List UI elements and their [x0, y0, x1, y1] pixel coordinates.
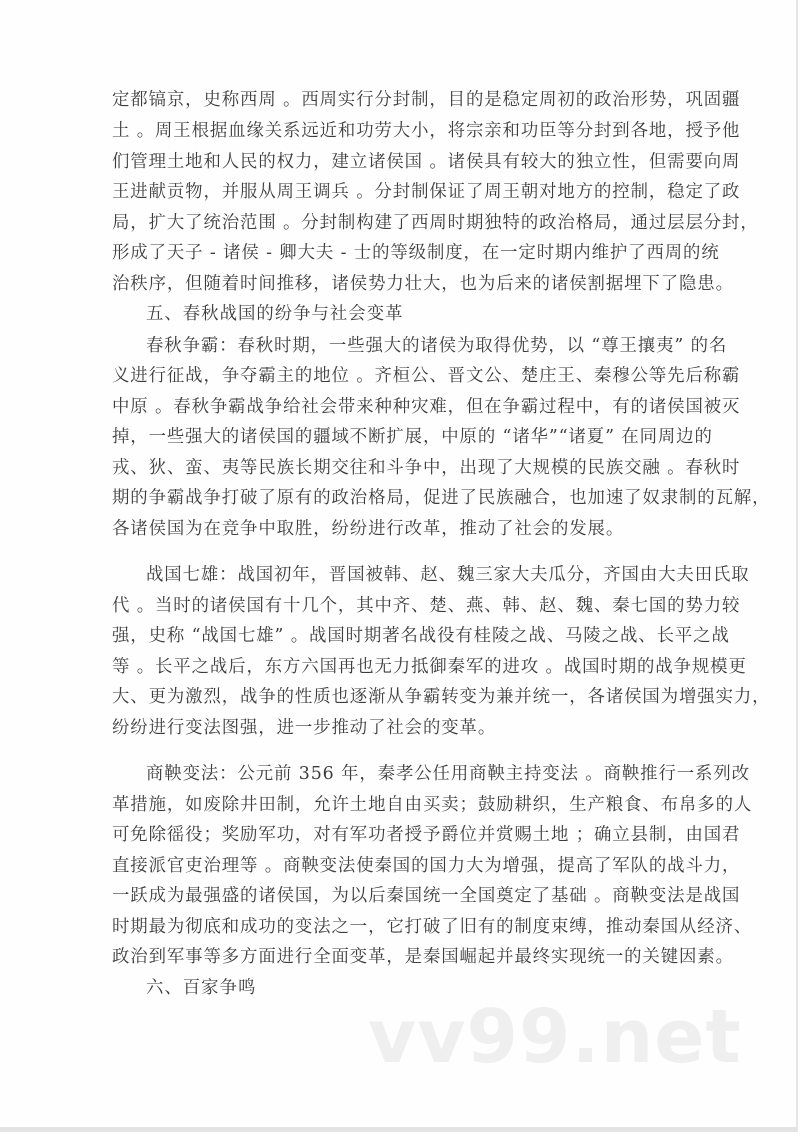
- text-line: 春秋争霸：春秋时期，一些强大的诸侯为取得优势，以 “尊王攘夷” 的名: [146, 334, 680, 358]
- text-line: 期的争霸战争打破了原有的政治格局，促进了民族融合，也加速了奴隶制的瓦解，: [112, 486, 680, 510]
- text-line: 定都镐京，史称西周 。西周实行分封制，目的是稳定周初的政治形势，巩固疆: [112, 88, 680, 112]
- text-line: 直接派官吏治理等 。商鞅变法使秦国的国力大为增强，提高了军队的战斗力，: [112, 854, 680, 878]
- text-line: 政治到军事等多方面进行全面变革，是秦国崛起并最终实现统一的关键因素。: [112, 945, 680, 969]
- text-line: 掉，一些强大的诸侯国的疆域不断扩展，中原的 “诸华”“诸夏” 在同周边的: [112, 425, 680, 449]
- text-line: 可免除徭役；奖励军功，对有军功者授予爵位并赏赐土地 ；确立县制，由国君: [112, 823, 680, 847]
- text-line: 纷纷进行变法图强，进一步推动了社会的变革。: [112, 716, 680, 740]
- text-line: 局，扩大了统治范围 。分封制构建了西周时期独特的政治格局，通过层层分封，: [112, 211, 680, 235]
- watermark: vv99.net: [368, 1000, 742, 1074]
- section-heading-5: 五、春秋战国的纷争与社会变革: [146, 302, 403, 326]
- text-line: 大、更为激烈，战争的性质也逐渐从争霸转变为兼并统一，各诸侯国为增强实力，: [112, 685, 680, 709]
- text-line: 战国七雄：战国初年，晋国被韩、赵、魏三家大夫瓜分，齐国由大夫田氏取: [146, 563, 680, 587]
- section-heading-6: 六、百家争鸣: [146, 976, 256, 1000]
- text-line: 时期最为彻底和成功的变法之一，它打破了旧有的制度束缚，推动秦国从经济、: [112, 915, 680, 939]
- text-line: 强，史称 “战国七雄” 。战国时期著名战役有桂陵之战、马陵之战、长平之战: [112, 624, 680, 648]
- text-line: 土 。周王根据血缘关系远近和功劳大小，将宗亲和功臣等分封到各地，授予他: [112, 119, 680, 143]
- text-line: 代 。当时的诸侯国有十几个，其中齐、楚、燕、韩、赵、魏、秦七国的势力较: [112, 594, 680, 618]
- text-line: 各诸侯国为在竞争中取胜，纷纷进行改革，推动了社会的发展。: [112, 517, 680, 541]
- text-line: 商鞅变法：公元前 356 年，秦孝公任用商鞅主持变法 。商鞅推行一系列改: [146, 762, 680, 786]
- text-line: 戎、狄、蛮、夷等民族长期交往和斗争中，出现了大规模的民族交融 。春秋时: [112, 456, 680, 480]
- text-line: 王进献贡物，并服从周王调兵 。分封制保证了周王朝对地方的控制，稳定了政: [112, 180, 680, 204]
- text-line: 们管理土地和人民的权力，建立诸侯国 。诸侯具有较大的独立性，但需要向周: [112, 150, 680, 174]
- text-line: 治秩序，但随着时间推移，诸侯势力壮大，也为后来的诸侯割据埋下了隐患。: [112, 272, 680, 296]
- document-page: 定都镐京，史称西周 。西周实行分封制，目的是稳定周初的政治形势，巩固疆 土 。周…: [0, 0, 798, 1132]
- text-line: 一跃成为最强盛的诸侯国，为以后秦国统一全国奠定了基础 。商鞅变法是战国: [112, 884, 680, 908]
- text-line: 形成了天子 - 诸侯 - 卿大夫 - 士的等级制度，在一定时期内维护了西周的统: [112, 241, 680, 265]
- text-line: 等 。长平之战后，东方六国再也无力抵御秦军的进攻 。战国时期的战争规模更: [112, 655, 680, 679]
- text-line: 革措施，如废除井田制，允许土地自由买卖；鼓励耕织，生产粮食、布帛多的人: [112, 793, 680, 817]
- text-line: 中原 。春秋争霸战争给社会带来种种灾难，但在争霸过程中，有的诸侯国被灭: [112, 395, 680, 419]
- text-line: 义进行征战，争夺霸主的地位 。齐桓公、晋文公、楚庄王、秦穆公等先后称霸: [112, 364, 680, 388]
